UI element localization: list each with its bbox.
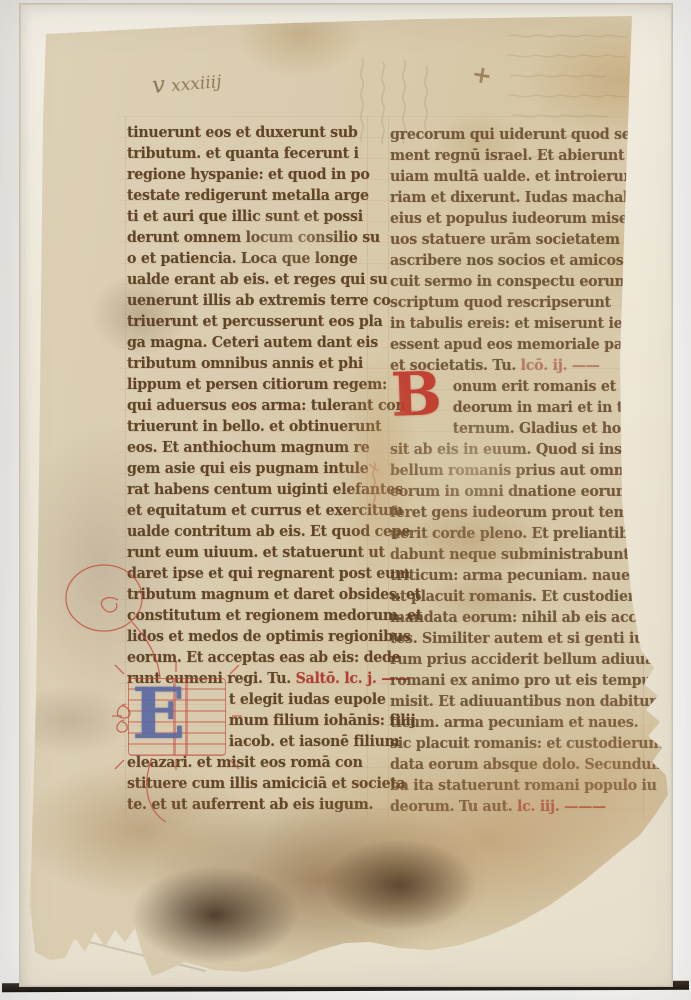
manuscript-line: et equitatum et currus et exercitum (127, 502, 364, 523)
text-segment: iacob. et iasonē filium (229, 733, 399, 750)
text-segment: ut placuit romanis. Et custodient (390, 588, 644, 605)
text-segment: triuerunt in bello. et obtinuerunt (127, 418, 381, 435)
text-segment: dabunt neque subministrabunt (390, 546, 630, 563)
manuscript-line: triuerunt in bello. et obtinuerunt (127, 418, 364, 439)
manuscript-line: rum prius acciderit bellum adiuuabunt (390, 651, 639, 672)
manuscript-line: ment regnū israel. Et abierunt romā (390, 147, 639, 168)
text-segment: deorum. Tu aut. (390, 798, 517, 815)
text-segment: eorum. Et acceptas eas ab eis: dede (127, 649, 400, 666)
manuscript-line: derunt omnem locum consilio su (127, 229, 364, 250)
manuscript-line: tes. Similiter autem et si genti iudeo (390, 630, 639, 651)
manuscript-line: ascribere nos socios et amicos uros. Et … (390, 252, 639, 273)
manuscript-line: runt eum uiuum. et statuerunt ut (127, 544, 364, 565)
text-segment: eos. Et anthiochum magnum re (127, 439, 369, 456)
manuscript-line: mandata eorum: nihil ab eis accipien (390, 609, 639, 630)
rubric-segment: lc. iij. ——— (517, 798, 606, 815)
manuscript-line: ticum. arma pecuniam et naues. (390, 714, 639, 735)
text-column-right: grecorum qui uiderunt quod seruiment reg… (390, 126, 644, 819)
manuscript-line: essent apud eos memoriale pacis (390, 336, 639, 357)
manuscript-line: te. et ut auferrent ab eis iugum. (127, 796, 364, 817)
manuscript-line: lippum et persen citiorum regem: (127, 376, 364, 397)
manuscript-line: o et patiencia. Loca que longe (127, 250, 364, 271)
manuscript-line: tributum magnum et daret obsides. et (127, 586, 364, 607)
manuscript-line: tributum omnibus annis et phi (127, 355, 364, 376)
text-segment: constitutum et regionem medorum. et (127, 607, 422, 624)
text-segment: ticum. arma pecuniam et naues. (390, 714, 638, 731)
manuscript-line: eorum. Et acceptas eas ab eis: dede (127, 649, 364, 670)
initial-e-letter: E (132, 672, 185, 755)
manuscript-line: romani ex animo pro ut eis tempus per (390, 672, 639, 693)
text-segment: misit. Et adiuuantibus non dabitur tri (390, 693, 680, 710)
cross-mark: + (470, 58, 495, 90)
text-segment: lidos et medos de optimis regionibus (127, 628, 411, 645)
manuscript-line: lidos et medos de optimis regionibus (127, 628, 364, 649)
text-segment: triuerunt et percusserunt eos pla (127, 313, 382, 330)
decorated-initial-E: E (126, 676, 228, 758)
text-segment: qui aduersus eos arma: tulerant con (127, 397, 406, 414)
text-segment: tes. Similiter autem et si genti iudeo (390, 630, 672, 647)
manuscript-line: daret ipse et qui regnarent post eum (127, 565, 364, 586)
manuscript-line: sit ab eis in euum. Quod si institerit (390, 441, 639, 462)
text-segment: romani ex animo pro ut eis tempus per (390, 672, 689, 689)
manuscript-line: scriptum quod rescripserunt (390, 294, 639, 315)
text-segment: scriptum quod rescripserunt (390, 294, 611, 311)
manuscript-line: testate redigerunt metalla arge (127, 187, 364, 208)
text-segment: rat habens centum uiginti elefantes (127, 481, 403, 498)
folio-flourish-mark: v (151, 72, 166, 99)
manuscript-line: tinuerunt eos et duxerunt sub (127, 124, 364, 145)
manuscript-line: ga magna. Ceteri autem dant eis (127, 334, 364, 355)
text-segment: grecorum qui uiderunt quod serui (390, 126, 653, 143)
manuscript-line: ut placuit romanis. Et custodient (390, 588, 639, 609)
text-segment: mandata eorum: nihil ab eis accipien (390, 609, 675, 626)
manuscript-line: regione hyspanie: et quod in po (127, 166, 364, 187)
manuscript-line: qui aduersus eos arma: tulerant con (127, 397, 364, 418)
text-segment: essent apud eos memoriale pacis (390, 336, 644, 353)
rubric-segment: lcō. ij. —— (521, 357, 600, 374)
manuscript-line: tributum. et quanta fecerunt i (127, 145, 364, 166)
manuscript-line: deorum. Tu aut. lc. iij. ——— (390, 798, 639, 819)
text-segment: tributum magnum et daret obsides. et (127, 586, 421, 603)
text-segment: testate redigerunt metalla arge (127, 187, 369, 204)
manuscript-line: ualde contritum ab eis. Et quod cepe (127, 523, 364, 544)
text-segment: tinuerunt eos et duxerunt sub (127, 124, 358, 141)
text-segment: triticum: arma pecuniam. naues sic (390, 567, 663, 584)
text-segment: ba ita statuerunt romani populo iu (390, 777, 657, 794)
manuscript-line: triuerunt et percusserunt eos pla (127, 313, 364, 334)
text-segment: regione hyspanie: et quod in po (127, 166, 370, 183)
text-segment: derunt omnem locum consilio su (127, 229, 380, 246)
decorated-initial-B: B (390, 359, 443, 431)
manuscript-line: in tabulis ereis: et miserunt ierlm ut (390, 315, 639, 336)
manuscript-line: dabunt neque subministrabunt (390, 546, 639, 567)
folio-number: vxxxiiij (151, 67, 222, 99)
manuscript-line: bellum romanis prius aut omnibus socijs (390, 462, 639, 483)
text-segment: mum filium iohānis: filij (229, 712, 415, 729)
text-segment: daret ipse et qui regnarent post eum (127, 565, 410, 582)
manuscript-line: cuit sermo in conspectu eorum. Et hoc re (390, 273, 639, 294)
text-segment: ti et auri que illic sunt et possi (127, 208, 363, 225)
text-segment: t elegit iudas eupole (229, 691, 386, 708)
manuscript-line: ualde erant ab eis. et reges qui su (127, 271, 364, 292)
text-segment: sic placuit romanis: et custodierunt man (390, 735, 691, 752)
text-segment: lippum et persen citiorum regem: (127, 376, 387, 393)
text-segment: stituere cum illis amiciciā et societa (127, 775, 406, 792)
parchment-leaf: vxxxiiij + tinuerunt eos et duxerunt sub… (0, 0, 691, 1000)
text-segment: tributum omnibus annis et phi (127, 355, 363, 372)
manuscript-line: stituere cum illis amiciciā et societa (127, 775, 364, 796)
text-segment: et equitatum et currus et exercitum (127, 502, 403, 519)
text-segment: tributum. et quanta fecerunt i (127, 145, 359, 162)
folio-number-text: xxxiiij (170, 72, 222, 96)
manuscript-line: rat habens centum uiginti elefantes (127, 481, 364, 502)
manuscript-line: ba ita statuerunt romani populo iu (390, 777, 639, 798)
manuscript-line: data eorum absque dolo. Secundum hec uer (390, 756, 639, 777)
text-segment: gem asie qui eis pugnam intule (127, 460, 369, 477)
text-segment: uiam multā ualde. et introierunt cu (390, 168, 663, 185)
photo-of-manuscript-leaf: vxxxiiij + tinuerunt eos et duxerunt sub… (0, 0, 691, 1000)
manuscript-line: feret gens iudeorum prout tempus dicta (390, 504, 639, 525)
manuscript-line: triticum: arma pecuniam. naues sic (390, 567, 639, 588)
text-segment: ualde contritum ab eis. Et quod cepe (127, 523, 410, 540)
manuscript-line: sic placuit romanis: et custodierunt man (390, 735, 639, 756)
manuscript-line: eos. Et anthiochum magnum re (127, 439, 364, 460)
manuscript-line: uos statuere urām societatem et pacem: (390, 231, 639, 252)
manuscript-line: eorum in omni dnatione eorum: auxiliu (390, 483, 639, 504)
text-segment: ualde erant ab eis. et reges qui su (127, 271, 388, 288)
text-segment: o et patiencia. Loca que longe (127, 250, 358, 267)
text-segment: uenerunt illis ab extremis terre co (127, 292, 390, 309)
manuscript-line: grecorum qui uiderunt quod serui (390, 126, 639, 147)
text-segment: te. et ut auferrent ab eis iugum. (127, 796, 373, 813)
text-segment: ga magna. Ceteri autem dant eis (127, 334, 378, 351)
manuscript-line: uerit corde pleno. Et preliantibus non (390, 525, 639, 546)
manuscript-line: uiam multā ualde. et introierunt cu (390, 168, 639, 189)
manuscript-line: riam et dixerunt. Iudas machabeus et (390, 189, 639, 210)
manuscript-line: uenerunt illis ab extremis terre co (127, 292, 364, 313)
manuscript-line: eius et populus iudeorum miserunt ad (390, 210, 639, 231)
text-segment: data eorum absque dolo. Secundum hec uer (390, 756, 691, 773)
manuscript-line: gem asie qui eis pugnam intule (127, 460, 364, 481)
manuscript-line: misit. Et adiuuantibus non dabitur tri (390, 693, 639, 714)
text-segment: runt eum uiuum. et statuerunt ut (127, 544, 385, 561)
manuscript-line: constitutum et regionem medorum. et (127, 607, 364, 628)
manuscript-line: ti et auri que illic sunt et possi (127, 208, 364, 229)
